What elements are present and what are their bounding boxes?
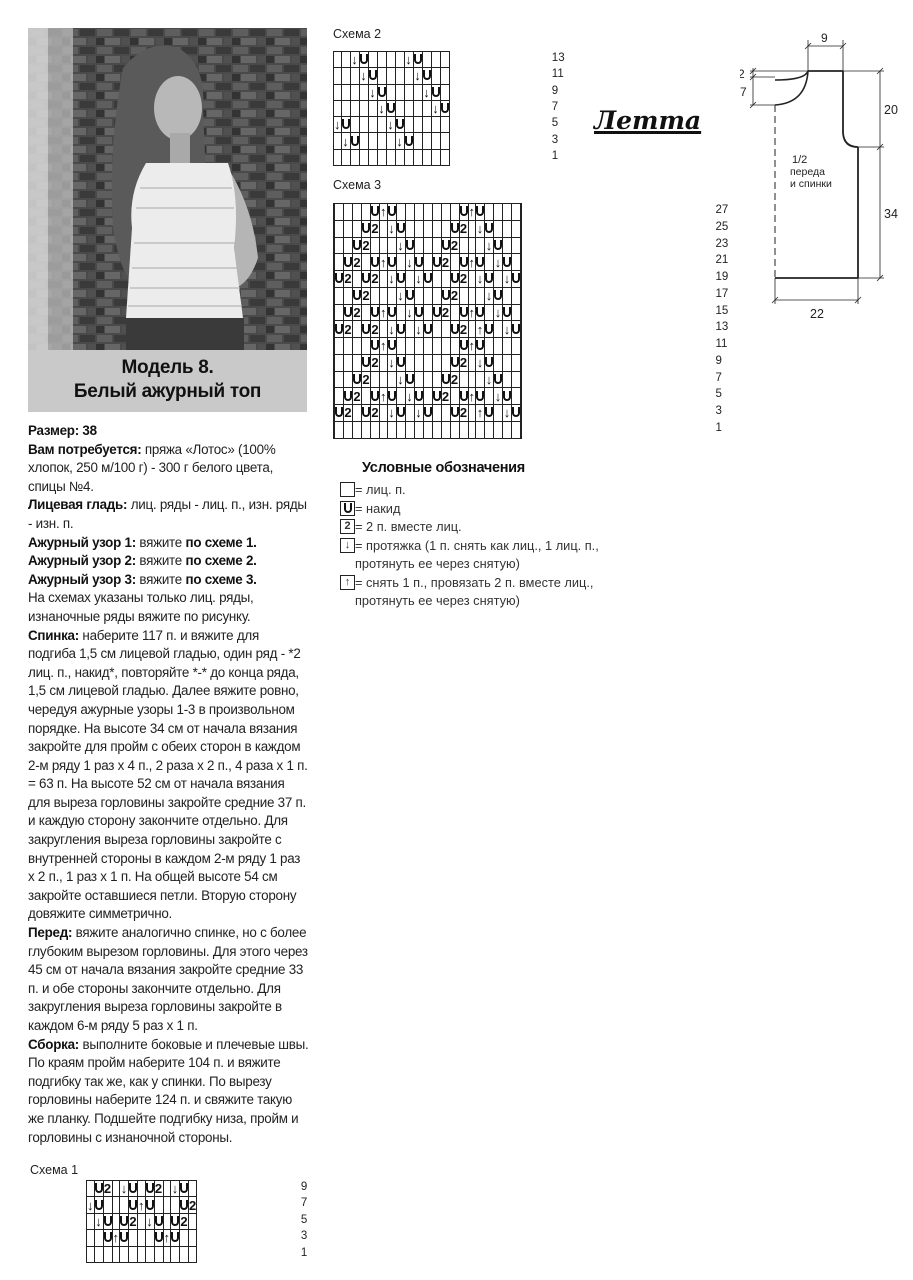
arrow-down-icon: ↓	[414, 321, 423, 338]
legend-text: = накид	[355, 500, 615, 519]
row-number: 1	[552, 150, 558, 162]
chart-row	[334, 421, 522, 438]
row-number: 21	[716, 254, 729, 266]
k2tog-icon: 2	[459, 354, 468, 371]
row-number: 7	[301, 1197, 307, 1209]
yarn-over-icon	[405, 371, 414, 388]
yarn-over-icon	[387, 304, 396, 321]
yarn-over-icon	[180, 1181, 189, 1197]
knit-cell	[395, 84, 404, 100]
arrow-down-icon: ↓	[387, 321, 396, 338]
arrow-up-icon: ↑	[138, 1197, 146, 1213]
knit-cell	[459, 287, 468, 304]
knit-cell	[163, 1181, 171, 1197]
knit-cell	[380, 287, 388, 304]
yarn-over-icon	[450, 321, 459, 338]
knit-cell	[494, 321, 503, 338]
yarn-over-icon	[494, 237, 503, 254]
knit-cell	[512, 421, 521, 438]
chart-row: 2↑↓2↑↓	[334, 388, 522, 405]
lace2-label: Ажурный узор 2:	[28, 553, 136, 568]
legend-text: = лиц. п.	[355, 481, 615, 500]
knit-cell	[145, 1246, 154, 1262]
yarn-over-icon	[405, 287, 414, 304]
knit-cell	[468, 371, 476, 388]
arrow-down-icon: ↓	[503, 405, 512, 422]
k2tog-icon: 2	[340, 519, 355, 534]
knit-cell	[334, 133, 342, 149]
knit-cell	[432, 204, 441, 221]
chart-row: 2↓2↓	[334, 237, 522, 254]
arrow-down-icon: ↓	[340, 538, 355, 553]
k2tog-icon: 2	[189, 1197, 197, 1213]
row-number: 25	[716, 221, 729, 233]
knit-cell	[503, 354, 512, 371]
chart-row: 2↓2↓	[334, 220, 522, 237]
legend: = лиц. п. = накид 2 = 2 п. вместе лиц. ↓…	[340, 481, 615, 611]
row-number: 9	[716, 355, 722, 367]
knit-cell	[350, 100, 359, 116]
knit-cell	[87, 1181, 95, 1197]
yarn-over-icon	[432, 388, 441, 405]
yarn-over-icon	[103, 1213, 112, 1229]
row-number: 19	[716, 271, 729, 283]
knit-cell	[380, 405, 388, 422]
knit-cell	[521, 237, 522, 254]
knit-cell	[396, 421, 405, 438]
knit-cell	[387, 421, 396, 438]
yarn-over-icon	[145, 1197, 154, 1213]
arrow-up-icon: ↑	[468, 388, 476, 405]
k2tog-icon: 2	[371, 405, 380, 422]
knit-cell	[440, 149, 449, 165]
knit-cell	[414, 204, 423, 221]
yarn-over-icon	[503, 304, 512, 321]
k2tog-icon: 2	[362, 237, 371, 254]
lace1-label: Ажурный узор 1:	[28, 535, 136, 550]
yarn-over-icon	[485, 220, 494, 237]
knit-cell	[368, 149, 377, 165]
yarn-over-icon	[512, 321, 521, 338]
k2tog-icon: 2	[371, 220, 380, 237]
row-number: 5	[301, 1214, 307, 1226]
knit-cell	[145, 1230, 154, 1246]
row-number: 15	[716, 305, 729, 317]
knit-cell	[353, 271, 362, 288]
yarn-over-icon	[441, 371, 450, 388]
arrow-up-icon: ↑	[468, 254, 476, 271]
knit-cell	[441, 354, 450, 371]
knit-cell	[189, 1246, 197, 1262]
yarn-over-icon	[423, 271, 432, 288]
knit-cell	[335, 338, 344, 355]
knit-cell	[371, 287, 380, 304]
knit-cell	[432, 405, 441, 422]
arrow-down-icon: ↓	[431, 100, 440, 116]
knit-cell	[334, 68, 342, 84]
arrow-up-icon: ↑	[380, 204, 388, 221]
knit-cell	[468, 421, 476, 438]
knit-cell	[87, 1230, 95, 1246]
knit-cell	[441, 338, 450, 355]
yarn-over-icon	[396, 354, 405, 371]
legend-text: = 2 п. вместе лиц.	[355, 518, 615, 537]
chart-row: 22↓↓2↑↓	[334, 321, 522, 338]
knit-cell	[476, 237, 485, 254]
yarn-over-icon	[396, 220, 405, 237]
knit-cell	[423, 421, 432, 438]
knit-cell	[476, 371, 485, 388]
knit-cell	[344, 204, 353, 221]
knit-cell	[450, 254, 459, 271]
knit-cell	[521, 405, 522, 422]
knit-cell	[503, 287, 512, 304]
knit-cell	[413, 117, 422, 133]
knit-cell	[405, 421, 414, 438]
row-number: 7	[716, 372, 722, 384]
arrow-down-icon: ↓	[395, 133, 404, 149]
blank-cell-icon	[340, 482, 355, 497]
front-section: Перед: вяжите аналогично спинке, но с бо…	[28, 924, 310, 1036]
arrow-up-icon: ↑	[476, 405, 485, 422]
chart-row	[87, 1246, 197, 1262]
knit-cell	[432, 237, 441, 254]
yarn-over-icon	[422, 68, 431, 84]
legend-item-yarn-over: = накид	[340, 500, 615, 519]
yarn-over-icon	[441, 287, 450, 304]
legend-item-k2tog: 2 = 2 п. вместе лиц.	[340, 518, 615, 537]
knit-cell	[423, 338, 432, 355]
row-number: 5	[716, 388, 722, 400]
knit-cell	[423, 354, 432, 371]
arrow-down-icon: ↓	[396, 237, 405, 254]
knit-cell	[521, 204, 522, 221]
lace3-line: Ажурный узор 3: вяжите по схеме 3.	[28, 571, 310, 590]
arrow-down-icon: ↓	[87, 1197, 95, 1213]
knit-cell	[521, 287, 522, 304]
k2tog-icon: 2	[450, 371, 459, 388]
knit-cell	[441, 405, 450, 422]
knit-cell	[431, 68, 440, 84]
stockinette-line: Лицевая гладь: лиц. ряды - лиц. п., изн.…	[28, 496, 310, 533]
row-number: 27	[716, 204, 729, 216]
knit-cell	[494, 354, 503, 371]
knit-cell	[138, 1246, 146, 1262]
knit-cell	[512, 388, 521, 405]
arrow-down-icon: ↓	[368, 84, 377, 100]
knit-cell	[521, 304, 522, 321]
k2tog-icon: 2	[450, 287, 459, 304]
knit-cell	[335, 354, 344, 371]
yarn-over-icon	[423, 321, 432, 338]
yarn-over-icon	[503, 254, 512, 271]
knit-cell	[386, 84, 395, 100]
yarn-over-icon	[450, 271, 459, 288]
k2tog-icon: 2	[344, 321, 353, 338]
yarn-over-icon	[494, 287, 503, 304]
arrow-down-icon: ↓	[94, 1213, 103, 1229]
yarn-over-icon	[512, 405, 521, 422]
back-text: наберите 117 п. и вяжите для подгиба 1,5…	[28, 628, 308, 922]
arrow-down-icon: ↓	[145, 1213, 154, 1229]
knit-cell	[368, 133, 377, 149]
knit-cell	[171, 1197, 180, 1213]
yarn-over-icon	[432, 254, 441, 271]
knit-cell	[362, 421, 371, 438]
arrow-down-icon: ↓	[494, 388, 503, 405]
knit-cell	[503, 220, 512, 237]
knit-cell	[423, 287, 432, 304]
k2tog-icon: 2	[371, 271, 380, 288]
yarn-over-icon	[335, 271, 344, 288]
k2tog-icon: 2	[459, 220, 468, 237]
yarn-over-icon	[353, 371, 362, 388]
row-number: 3	[716, 405, 722, 417]
arrow-down-icon: ↓	[485, 287, 494, 304]
arrow-up-icon: ↑	[476, 321, 485, 338]
yarn-over-icon	[120, 1213, 129, 1229]
yarn-over-icon	[405, 237, 414, 254]
knit-cell	[350, 117, 359, 133]
chart-row: ↑↑	[87, 1230, 197, 1246]
brand-logo: Летта	[594, 106, 701, 135]
knit-cell	[423, 220, 432, 237]
yarn-over-icon	[459, 304, 468, 321]
yarn-over-icon	[353, 237, 362, 254]
knit-cell	[112, 1197, 120, 1213]
knit-cell	[468, 354, 476, 371]
yarn-over-icon	[154, 1230, 163, 1246]
row-number: 9	[552, 85, 558, 97]
chart-row: ↑↑	[334, 204, 522, 221]
knit-cell	[468, 287, 476, 304]
yarn-over-icon	[180, 1197, 189, 1213]
yarn-over-icon	[414, 304, 423, 321]
k2tog-icon: 2	[450, 237, 459, 254]
knit-cell	[405, 271, 414, 288]
yarn-over-icon	[353, 287, 362, 304]
knit-cell	[468, 405, 476, 422]
knit-cell	[335, 237, 344, 254]
knit-cell	[386, 68, 395, 84]
back-label: Спинка:	[28, 628, 79, 643]
knit-cell	[494, 338, 503, 355]
knit-cell	[414, 287, 423, 304]
legend-item-knit: = лиц. п.	[340, 481, 615, 500]
chart-row: ↓↑2	[87, 1197, 197, 1213]
yarn-over-icon	[362, 405, 371, 422]
knit-cell	[404, 84, 413, 100]
knit-cell	[432, 287, 441, 304]
knit-cell	[432, 421, 441, 438]
knit-cell	[396, 204, 405, 221]
knit-cell	[359, 149, 368, 165]
row-number: 7	[552, 101, 558, 113]
yarn-over-icon	[476, 254, 485, 271]
knit-cell	[450, 204, 459, 221]
knit-cell	[368, 117, 377, 133]
knit-cell	[413, 84, 422, 100]
knit-cell	[494, 421, 503, 438]
knit-cell	[368, 52, 377, 68]
knit-cell	[485, 421, 494, 438]
dim-neck-depth: 7	[740, 85, 747, 99]
knit-cell	[468, 220, 476, 237]
knit-cell	[350, 84, 359, 100]
knit-cell	[468, 237, 476, 254]
knit-cell	[485, 304, 494, 321]
yarn-over-icon	[120, 1230, 129, 1246]
knit-cell	[432, 338, 441, 355]
yarn-over-icon	[387, 388, 396, 405]
instructions: Размер: 38 Вам потребуется: пряжа «Лотос…	[28, 422, 310, 1147]
knit-cell	[512, 254, 521, 271]
knit-cell	[341, 52, 350, 68]
stockinette-label: Лицевая гладь:	[28, 497, 127, 512]
knit-cell	[344, 421, 353, 438]
knit-cell	[353, 405, 362, 422]
chart-row: ↓↓	[334, 117, 450, 133]
knit-cell	[423, 371, 432, 388]
knit-cell	[341, 149, 350, 165]
knit-cell	[414, 237, 423, 254]
legend-text: = протяжка (1 п. снять как лиц., 1 лиц. …	[355, 537, 615, 574]
knit-cell	[404, 117, 413, 133]
knit-cell	[459, 421, 468, 438]
row-number: 17	[716, 288, 729, 300]
row-number: 1	[301, 1247, 307, 1259]
knit-cell	[380, 421, 388, 438]
knit-cell	[450, 338, 459, 355]
knit-cell	[396, 388, 405, 405]
knit-cell	[494, 271, 503, 288]
k2tog-icon: 2	[353, 388, 362, 405]
chart-row: ↓↓	[334, 52, 450, 68]
knit-cell	[353, 354, 362, 371]
knit-cell	[371, 421, 380, 438]
knit-cell	[171, 1246, 180, 1262]
knit-cell	[503, 338, 512, 355]
knit-cell	[441, 220, 450, 237]
row-number: 23	[716, 238, 729, 250]
knit-cell	[344, 338, 353, 355]
knit-cell	[521, 254, 522, 271]
knit-cell	[441, 204, 450, 221]
knit-cell	[386, 52, 395, 68]
knit-cell	[423, 254, 432, 271]
model-caption: Модель 8. Белый ажурный топ	[28, 350, 307, 412]
yarn-over-icon	[368, 68, 377, 84]
knit-cell	[422, 100, 431, 116]
k2tog-icon: 2	[362, 371, 371, 388]
knit-cell	[432, 220, 441, 237]
knit-cell	[180, 1246, 189, 1262]
knit-cell	[386, 133, 395, 149]
arrow-down-icon: ↓	[503, 321, 512, 338]
arrow-up-icon: ↑	[468, 304, 476, 321]
knit-cell	[380, 321, 388, 338]
k2tog-icon: 2	[441, 254, 450, 271]
knit-cell	[395, 68, 404, 84]
arrow-up-icon: ↑	[380, 304, 388, 321]
knit-cell	[341, 68, 350, 84]
yarn-over-icon	[459, 254, 468, 271]
arrow-down-icon: ↓	[120, 1181, 129, 1197]
yarn-over-icon	[340, 501, 355, 516]
arrow-up-icon: ↑	[468, 204, 476, 221]
lace1-ref: по схеме 1.	[185, 535, 256, 550]
knit-cell	[512, 237, 521, 254]
knit-cell	[503, 371, 512, 388]
knit-cell	[431, 117, 440, 133]
materials-label: Вам потребуется:	[28, 442, 141, 457]
yarn-over-icon	[350, 133, 359, 149]
yarn-over-icon	[335, 405, 344, 422]
arrow-up-icon: ↑	[468, 338, 476, 355]
lace1-text: вяжите	[139, 535, 182, 550]
front-label: Перед:	[28, 925, 72, 940]
knit-cell	[103, 1246, 112, 1262]
chart-row: 2↓2↓	[334, 371, 522, 388]
knit-cell	[395, 52, 404, 68]
yarn-over-icon	[476, 388, 485, 405]
knit-cell	[422, 149, 431, 165]
knit-cell	[395, 149, 404, 165]
k2tog-icon: 2	[441, 304, 450, 321]
yarn-over-icon	[371, 388, 380, 405]
arrow-down-icon: ↓	[350, 52, 359, 68]
knit-cell	[395, 100, 404, 116]
knit-cell	[405, 220, 414, 237]
knit-cell	[189, 1181, 197, 1197]
knit-cell	[344, 354, 353, 371]
knit-cell	[423, 204, 432, 221]
knit-cell	[414, 338, 423, 355]
arrow-down-icon: ↓	[476, 271, 485, 288]
front-text: вяжите аналогично спинке, но с более глу…	[28, 925, 308, 1033]
knit-cell	[377, 52, 386, 68]
knit-cell	[440, 84, 449, 100]
knit-cell	[359, 133, 368, 149]
k2tog-icon: 2	[154, 1181, 163, 1197]
diagram-label-front: переда	[790, 166, 825, 178]
knit-cell	[138, 1230, 146, 1246]
yarn-over-icon	[154, 1213, 163, 1229]
yarn-over-icon	[335, 321, 344, 338]
knit-cell	[485, 254, 494, 271]
knit-cell	[335, 371, 344, 388]
knit-cell	[334, 84, 342, 100]
yarn-over-icon	[432, 304, 441, 321]
knit-cell	[189, 1213, 197, 1229]
yarn-over-icon	[404, 133, 413, 149]
yarn-over-icon	[431, 84, 440, 100]
arrow-down-icon: ↓	[171, 1181, 180, 1197]
knit-cell	[441, 271, 450, 288]
yarn-over-icon	[145, 1181, 154, 1197]
knit-cell	[422, 52, 431, 68]
chart-row: 2↓2↓	[334, 287, 522, 304]
arrow-down-icon: ↓	[387, 354, 396, 371]
k2tog-icon: 2	[353, 304, 362, 321]
scheme-3-title: Схема 3	[333, 178, 381, 192]
row-number: 13	[716, 321, 729, 333]
yarn-over-icon	[387, 204, 396, 221]
arrow-down-icon: ↓	[359, 68, 368, 84]
knit-cell	[334, 52, 342, 68]
knit-cell	[431, 133, 440, 149]
yarn-over-icon	[413, 52, 422, 68]
